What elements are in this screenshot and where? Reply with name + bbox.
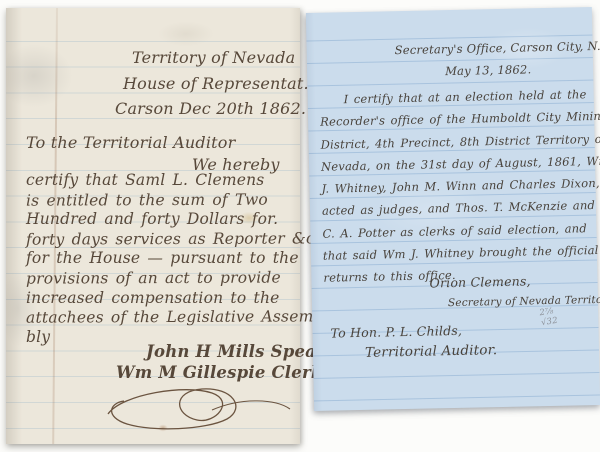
- addressee-name: To Hon. P. L. Childs,: [330, 323, 462, 341]
- left-heading-house: House of Representat.: [123, 74, 309, 93]
- handwriting-line: Hundred and forty Dollars for.: [26, 210, 315, 230]
- ink-flourish: [94, 380, 294, 434]
- orion-clemens-signature: Orion Clemens,: [429, 273, 531, 290]
- handwriting-line: attachees of the Legislative Assem: [26, 308, 315, 329]
- handwriting-line: for the House — pursuant to the: [26, 249, 315, 269]
- photo-background: Territory of Nevada House of Representat…: [0, 0, 600, 452]
- handwriting-line: is entitled to the sum of Two: [26, 190, 315, 211]
- secretary-title: Secretary of Nevada Territory.: [448, 294, 600, 310]
- left-salutation: To the Territorial Auditor: [26, 133, 235, 152]
- handwriting-line: increased compensation to the: [26, 289, 315, 309]
- handwriting-line: certify that Saml L. Clemens: [26, 171, 315, 191]
- pencil-note-line: √32: [540, 316, 558, 329]
- handwriting-line: provisions of an act to provide: [26, 268, 315, 289]
- right-date: May 13, 1862.: [445, 62, 532, 78]
- right-office-dateline: Secretary's Office, Carson City, N. T.,: [395, 38, 600, 57]
- right-document: Secretary's Office, Carson City, N. T., …: [306, 7, 600, 411]
- left-body-paragraph: certify that Saml L. Clemensis entitled …: [26, 171, 315, 347]
- left-heading-dateline: Carson Dec 20th 1862.: [115, 99, 306, 118]
- pencil-notation: 2⅞√32: [539, 306, 559, 328]
- handwriting-line: forty days services as Reporter &c: [26, 229, 315, 250]
- addressee-title: Territorial Auditor.: [365, 342, 498, 361]
- left-document: Territory of Nevada House of Representat…: [6, 8, 300, 444]
- left-heading-territory: Territory of Nevada: [132, 48, 295, 67]
- right-body-paragraph: I certify that at an election held at th…: [319, 83, 600, 290]
